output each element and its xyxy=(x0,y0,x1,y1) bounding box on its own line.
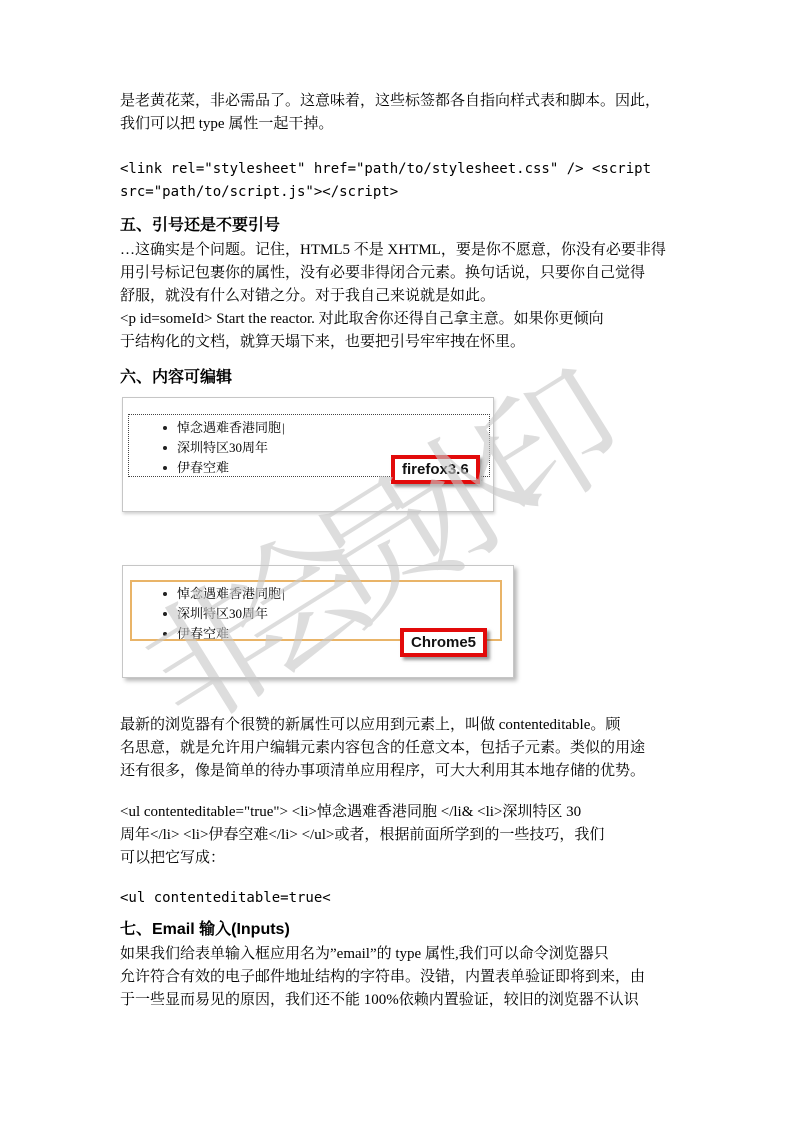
editable-list: 悼念遇难香港同胞 | 深圳特区30周年 伊春空难 xyxy=(163,584,285,644)
list-item-text: 深圳特区30周年 xyxy=(177,438,268,458)
list-item: 悼念遇难香港同胞 | xyxy=(163,584,285,604)
paragraph-line: 是老黄花菜，非必需品了。这意味着，这些标签都各自指向样式表和脚本。因此， xyxy=(120,90,680,113)
section-heading-email-inputs: 七、Email 输入(Inputs) xyxy=(120,918,680,941)
list-item: 伊春空难 xyxy=(163,624,285,644)
paragraph-line: 可以把它写成： xyxy=(120,847,680,870)
bullet-icon xyxy=(163,592,167,596)
paragraph-line: 最新的浏览器有个很赞的新属性可以应用到元素上，叫做 contenteditabl… xyxy=(120,714,680,737)
list-item-text: 悼念遇难香港同胞 xyxy=(177,418,281,438)
text-caret: | xyxy=(282,418,285,438)
paragraph-line: 允许符合有效的电子邮件地址结构的字符串。没错，内置表单验证即将到来，由 xyxy=(120,966,680,989)
paragraph-line: <p id=someId> Start the reactor. 对此取舍你还得… xyxy=(120,308,680,331)
paragraph-line: 我们可以把 type 属性一起干掉。 xyxy=(120,113,680,136)
code-snippet-link-script: <link rel="stylesheet" href="path/to/sty… xyxy=(120,158,680,204)
list-item-text: 深圳特区30周年 xyxy=(177,604,268,624)
code-line: <link rel="stylesheet" href="path/to/sty… xyxy=(120,158,680,181)
list-item: 深圳特区30周年 xyxy=(163,438,285,458)
paragraph-email-inputs: 如果我们给表单输入框应用名为”email”的 type 属性,我们可以命令浏览器… xyxy=(120,943,680,1012)
list-item-text: 悼念遇难香港同胞 xyxy=(177,584,281,604)
paragraph-line: 名思意，就是允许用户编辑元素内容包含的任意文本，包括子元素。类似的用途 xyxy=(120,737,680,760)
list-item-text: 伊春空难 xyxy=(177,624,229,644)
paragraph-line: 于一些显而易见的原因，我们还不能 100%依赖内置验证，较旧的浏览器不认识 xyxy=(120,989,680,1012)
paragraph-line: 周年</li> <li>伊春空难</li> </ul>或者，根据前面所学到的一些… xyxy=(120,824,680,847)
paragraph-line: …这确实是个问题。记住，HTML5 不是 XHTML，要是你不愿意，你没有必要非… xyxy=(120,239,680,262)
bullet-icon xyxy=(163,426,167,430)
code-snippet-contenteditable: <ul contenteditable=true< xyxy=(120,887,680,910)
code-line: <ul contenteditable=true< xyxy=(120,887,680,910)
bullet-icon xyxy=(163,632,167,636)
bullet-icon xyxy=(163,612,167,616)
paragraph-line: 如果我们给表单输入框应用名为”email”的 type 属性,我们可以命令浏览器… xyxy=(120,943,680,966)
browser-version-badge-firefox: firefox3.6 xyxy=(391,455,480,484)
document-page: 非会员水印 是老黄花菜，非必需品了。这意味着，这些标签都各自指向样式表和脚本。因… xyxy=(0,0,793,1122)
paragraph-contenteditable: 最新的浏览器有个很赞的新属性可以应用到元素上，叫做 contenteditabl… xyxy=(120,714,680,783)
browser-version-badge-chrome: Chrome5 xyxy=(400,628,487,657)
section-heading-contenteditable: 六、内容可编辑 xyxy=(120,366,680,389)
screenshot-chrome-contenteditable: 悼念遇难香港同胞 | 深圳特区30周年 伊春空难 Chrome5 xyxy=(122,565,514,678)
list-item: 伊春空难 xyxy=(163,458,285,478)
code-line: src="path/to/script.js"></script> xyxy=(120,181,680,204)
paragraph-type-attribute: 是老黄花菜，非必需品了。这意味着，这些标签都各自指向样式表和脚本。因此， 我们可… xyxy=(120,90,680,136)
paragraph-line: 于结构化的文档，就算天塌下来，也要把引号牢牢拽在怀里。 xyxy=(120,331,680,354)
paragraph-ul-code-example: <ul contenteditable="true"> <li>悼念遇难香港同胞… xyxy=(120,801,680,870)
paragraph-line: 舒服，就没有什么对错之分。对于我自己来说就是如此。 xyxy=(120,285,680,308)
screenshot-firefox-contenteditable: 悼念遇难香港同胞 | 深圳特区30周年 伊春空难 firefox3.6 xyxy=(122,397,494,512)
text-caret: | xyxy=(282,584,285,604)
section-heading-quotes: 五、引号还是不要引号 xyxy=(120,214,680,237)
paragraph-line: 用引号标记包裹你的属性，没有必要非得闭合元素。换句话说，只要你自己觉得 xyxy=(120,262,680,285)
list-item-text: 伊春空难 xyxy=(177,458,229,478)
paragraph-quotes: …这确实是个问题。记住，HTML5 不是 XHTML，要是你不愿意，你没有必要非… xyxy=(120,239,680,354)
bullet-icon xyxy=(163,446,167,450)
document-body: 是老黄花菜，非必需品了。这意味着，这些标签都各自指向样式表和脚本。因此， 我们可… xyxy=(120,90,680,1012)
paragraph-line: <ul contenteditable="true"> <li>悼念遇难香港同胞… xyxy=(120,801,680,824)
list-item: 悼念遇难香港同胞 | xyxy=(163,418,285,438)
paragraph-line: 还有很多，像是简单的待办事项清单应用程序，可大大利用其本地存储的优势。 xyxy=(120,760,680,783)
bullet-icon xyxy=(163,466,167,470)
editable-list: 悼念遇难香港同胞 | 深圳特区30周年 伊春空难 xyxy=(163,418,285,478)
list-item: 深圳特区30周年 xyxy=(163,604,285,624)
